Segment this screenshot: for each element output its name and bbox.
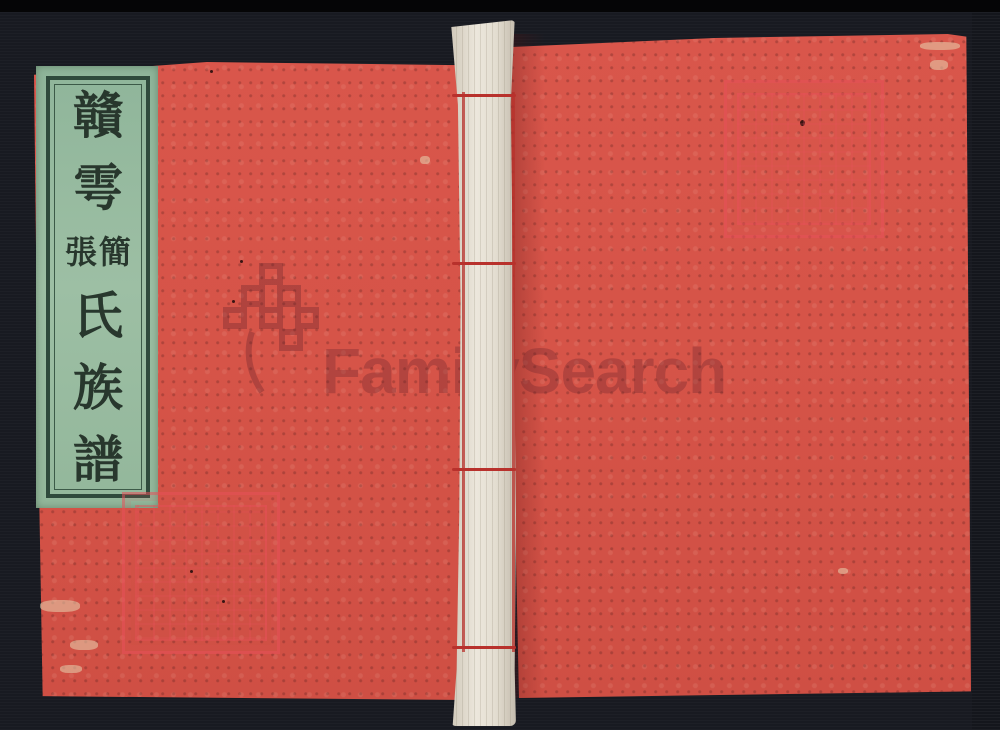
title-surname-pair: 張 簡 bbox=[65, 232, 131, 272]
binding-thread-band bbox=[452, 262, 516, 265]
familysearch-tree-icon bbox=[222, 262, 322, 402]
red-seal-stamp-left bbox=[122, 492, 280, 654]
title-char: 族 bbox=[73, 360, 123, 416]
binding-thread-band bbox=[452, 94, 516, 97]
title-char-small: 簡 bbox=[99, 232, 131, 272]
wear-patch bbox=[838, 568, 848, 574]
title-char: 氏 bbox=[73, 288, 123, 344]
title-char: 譜 bbox=[73, 432, 123, 488]
title-label: 贛 雩 張 簡 氏 族 譜 bbox=[36, 66, 158, 508]
binding-thread bbox=[462, 92, 465, 652]
title-char: 贛 bbox=[73, 88, 123, 144]
wear-patch bbox=[40, 600, 80, 612]
right-board-edge bbox=[972, 12, 1000, 730]
wear-patch bbox=[920, 42, 960, 50]
wear-patch bbox=[420, 156, 430, 164]
watermark-text: FamilySearch bbox=[322, 334, 726, 408]
binding-thread-band bbox=[452, 646, 516, 649]
label-title-text: 贛 雩 張 簡 氏 族 譜 bbox=[56, 88, 140, 488]
speck bbox=[210, 70, 213, 73]
binding-thread-band bbox=[452, 468, 516, 471]
wear-patch bbox=[70, 640, 98, 650]
title-char-small: 張 bbox=[65, 232, 97, 272]
title-char: 雩 bbox=[73, 160, 123, 216]
red-seal-stamp-right bbox=[724, 80, 884, 238]
wear-patch bbox=[60, 665, 82, 673]
binding-thread bbox=[512, 92, 515, 652]
top-border bbox=[0, 0, 1000, 12]
wear-patch bbox=[930, 60, 948, 70]
